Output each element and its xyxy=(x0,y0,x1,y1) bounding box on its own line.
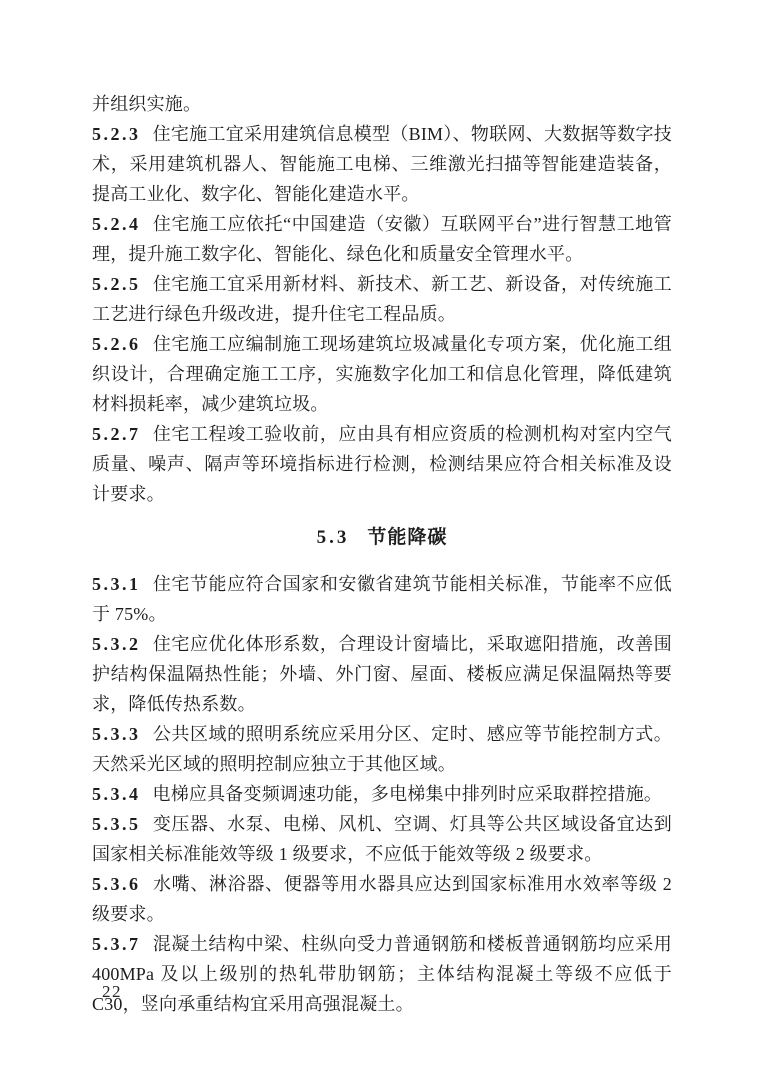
clause-text: 电梯应具备变频调速功能，多电梯集中排列时应采取群控措施。 xyxy=(153,784,663,804)
clause-5-3-1: 5.3.1住宅节能应符合国家和安徽省建筑节能相关标准，节能率不应低于 75%。 xyxy=(92,569,672,629)
clause-text: 公共区域的照明系统应采用分区、定时、感应等节能控制方式。天然采光区域的照明控制应… xyxy=(92,724,672,774)
document-page: 并组织实施。 5.2.3住宅施工宜采用建筑信息模型（BIM）、物联网、大数据等数… xyxy=(0,0,763,1080)
clause-number: 5.3.5 xyxy=(92,814,141,834)
clause-text: 住宅工程竣工验收前，应由具有相应资质的检测机构对室内空气质量、噪声、隔声等环境指… xyxy=(92,424,672,504)
clause-5-3-5: 5.3.5变压器、水泵、电梯、风机、空调、灯具等公共区域设备宜达到国家相关标准能… xyxy=(92,809,672,869)
clause-text: 住宅施工应依托“中国建造（安徽）互联网平台”进行智慧工地管理，提升施工数字化、智… xyxy=(92,214,672,264)
clause-5-2-5: 5.2.5住宅施工宜采用新材料、新技术、新工艺、新设备，对传统施工工艺进行绿色升… xyxy=(92,269,672,329)
clause-5-2-3: 5.2.3住宅施工宜采用建筑信息模型（BIM）、物联网、大数据等数字技术，采用建… xyxy=(92,119,672,209)
clause-number: 5.3.2 xyxy=(92,634,141,654)
clause-number: 5.2.4 xyxy=(92,214,141,234)
page-number: 22 xyxy=(102,982,122,1002)
clause-5-3-6: 5.3.6水嘴、淋浴器、便器等用水器具应达到国家标准用水效率等级 2 级要求。 xyxy=(92,869,672,929)
clause-5-3-7: 5.3.7混凝土结构中梁、柱纵向受力普通钢筋和楼板普通钢筋均应采用 400MPa… xyxy=(92,929,672,1019)
clause-number: 5.2.7 xyxy=(92,424,141,444)
clause-text: 水嘴、淋浴器、便器等用水器具应达到国家标准用水效率等级 2 级要求。 xyxy=(92,874,672,924)
clause-5-2-7: 5.2.7住宅工程竣工验收前，应由具有相应资质的检测机构对室内空气质量、噪声、隔… xyxy=(92,419,672,509)
clause-number: 5.2.6 xyxy=(92,334,141,354)
clause-5-3-2: 5.3.2住宅应优化体形系数，合理设计窗墙比，采取遮阳措施，改善围护结构保温隔热… xyxy=(92,629,672,719)
clause-5-2-6: 5.2.6住宅施工应编制施工现场建筑垃圾减量化专项方案，优化施工组织设计，合理确… xyxy=(92,329,672,419)
section-heading-5-3: 5.3节能降碳 xyxy=(92,523,672,553)
clause-number: 5.2.3 xyxy=(92,124,141,144)
clause-5-3-4: 5.3.4电梯应具备变频调速功能，多电梯集中排列时应采取群控措施。 xyxy=(92,779,672,809)
clause-number: 5.3.1 xyxy=(92,574,141,594)
clause-text: 住宅施工宜采用新材料、新技术、新工艺、新设备，对传统施工工艺进行绿色升级改进，提… xyxy=(92,274,672,324)
section-heading-title: 节能降碳 xyxy=(367,527,447,548)
clause-text: 住宅施工应编制施工现场建筑垃圾减量化专项方案，优化施工组织设计，合理确定施工工序… xyxy=(92,334,672,414)
paragraph-continuation: 并组织实施。 xyxy=(92,89,672,119)
clause-5-3-3: 5.3.3公共区域的照明系统应采用分区、定时、感应等节能控制方式。天然采光区域的… xyxy=(92,719,672,779)
clause-text: 住宅施工宜采用建筑信息模型（BIM）、物联网、大数据等数字技术，采用建筑机器人、… xyxy=(92,124,672,204)
clause-text: 住宅节能应符合国家和安徽省建筑节能相关标准，节能率不应低于 75%。 xyxy=(92,574,672,624)
clause-number: 5.2.5 xyxy=(92,274,141,294)
clause-text: 变压器、水泵、电梯、风机、空调、灯具等公共区域设备宜达到国家相关标准能效等级 1… xyxy=(92,814,672,864)
clause-text: 混凝土结构中梁、柱纵向受力普通钢筋和楼板普通钢筋均应采用 400MPa 及以上级… xyxy=(92,934,672,1014)
clause-number: 5.3.3 xyxy=(92,724,141,744)
clause-number: 5.3.4 xyxy=(92,784,141,804)
page-content: 并组织实施。 5.2.3住宅施工宜采用建筑信息模型（BIM）、物联网、大数据等数… xyxy=(92,89,672,1019)
clause-number: 5.3.6 xyxy=(92,874,141,894)
clause-number: 5.3.7 xyxy=(92,934,141,954)
clause-text: 住宅应优化体形系数，合理设计窗墙比，采取遮阳措施，改善围护结构保温隔热性能；外墙… xyxy=(92,634,672,714)
clause-5-2-4: 5.2.4住宅施工应依托“中国建造（安徽）互联网平台”进行智慧工地管理，提升施工… xyxy=(92,209,672,269)
section-heading-number: 5.3 xyxy=(317,527,350,548)
